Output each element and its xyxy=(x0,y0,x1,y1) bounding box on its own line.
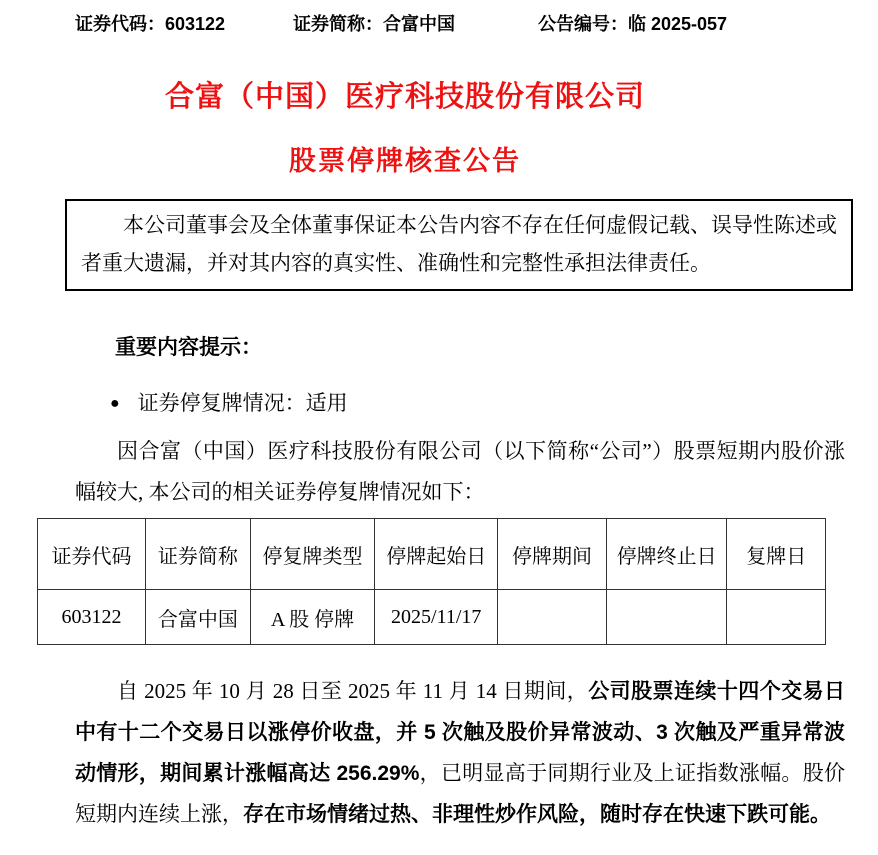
table-header-cell: 复牌日 xyxy=(727,519,826,590)
important-notice-heading: 重要内容提示： xyxy=(75,335,845,361)
table-cell-resume-date xyxy=(727,590,826,645)
bullet-item-suspension-status: ●证券停复牌情况：适用 xyxy=(75,390,845,417)
company-title: 合富（中国）医疗科技股份有限公司 xyxy=(0,80,810,114)
announcement-title: 股票停牌核查公告 xyxy=(0,145,810,177)
bullet-text: 证券停复牌情况：适用 xyxy=(138,391,348,415)
stock-code: 证券代码：603122 xyxy=(75,12,293,36)
table-cell-end-date xyxy=(606,590,727,645)
announcement-number: 公告编号：临 2025-057 xyxy=(538,12,845,36)
table-cell-code: 603122 xyxy=(38,590,146,645)
table-header-cell: 停复牌类型 xyxy=(250,519,375,590)
document-header-line: 证券代码：603122 证券简称：合富中国 公告编号：临 2025-057 xyxy=(75,12,845,36)
table-cell-start-date: 2025/11/17 xyxy=(375,590,498,645)
table-header-cell: 停牌终止日 xyxy=(606,519,727,590)
disclaimer-box: 本公司董事会及全体董事保证本公告内容不存在任何虚假记载、误导性陈述或者重大遗漏，… xyxy=(65,199,853,291)
bullet-icon: ● xyxy=(110,390,120,417)
suspension-table: 证券代码 证券简称 停复牌类型 停牌起始日 停牌期间 停牌终止日 复牌日 603… xyxy=(37,518,826,645)
announcement-page: 证券代码：603122 证券简称：合富中国 公告编号：临 2025-057 合富… xyxy=(0,0,878,855)
paragraph-segment: 自 2025 年 10 月 28 日至 2025 年 11 月 14 日期间， xyxy=(117,679,588,703)
table-cell-type: A 股 停牌 xyxy=(250,590,375,645)
intro-paragraph: 因合富（中国）医疗科技股份有限公司（以下简称“公司”）股票短期内股价涨幅较大, … xyxy=(75,431,845,513)
table-header-cell: 停牌起始日 xyxy=(375,519,498,590)
table-header-cell: 证券代码 xyxy=(38,519,146,590)
table-header-cell: 停牌期间 xyxy=(498,519,607,590)
title-block: 合富（中国）医疗科技股份有限公司 股票停牌核查公告 xyxy=(0,80,810,177)
table-cell-period xyxy=(498,590,607,645)
main-paragraph: 自 2025 年 10 月 28 日至 2025 年 11 月 14 日期间，公… xyxy=(75,671,845,835)
table-row: 603122 合富中国 A 股 停牌 2025/11/17 xyxy=(38,590,826,645)
disclaimer-text: 本公司董事会及全体董事保证本公告内容不存在任何虚假记载、误导性陈述或者重大遗漏，… xyxy=(81,206,837,282)
table-header-cell: 证券简称 xyxy=(145,519,250,590)
stock-name: 证券简称：合富中国 xyxy=(293,12,538,36)
table-cell-name: 合富中国 xyxy=(145,590,250,645)
table-header-row: 证券代码 证券简称 停复牌类型 停牌起始日 停牌期间 停牌终止日 复牌日 xyxy=(38,519,826,590)
paragraph-segment-bold: 存在市场情绪过热、非理性炒作风险，随时存在快速下跌可能。 xyxy=(243,803,831,826)
